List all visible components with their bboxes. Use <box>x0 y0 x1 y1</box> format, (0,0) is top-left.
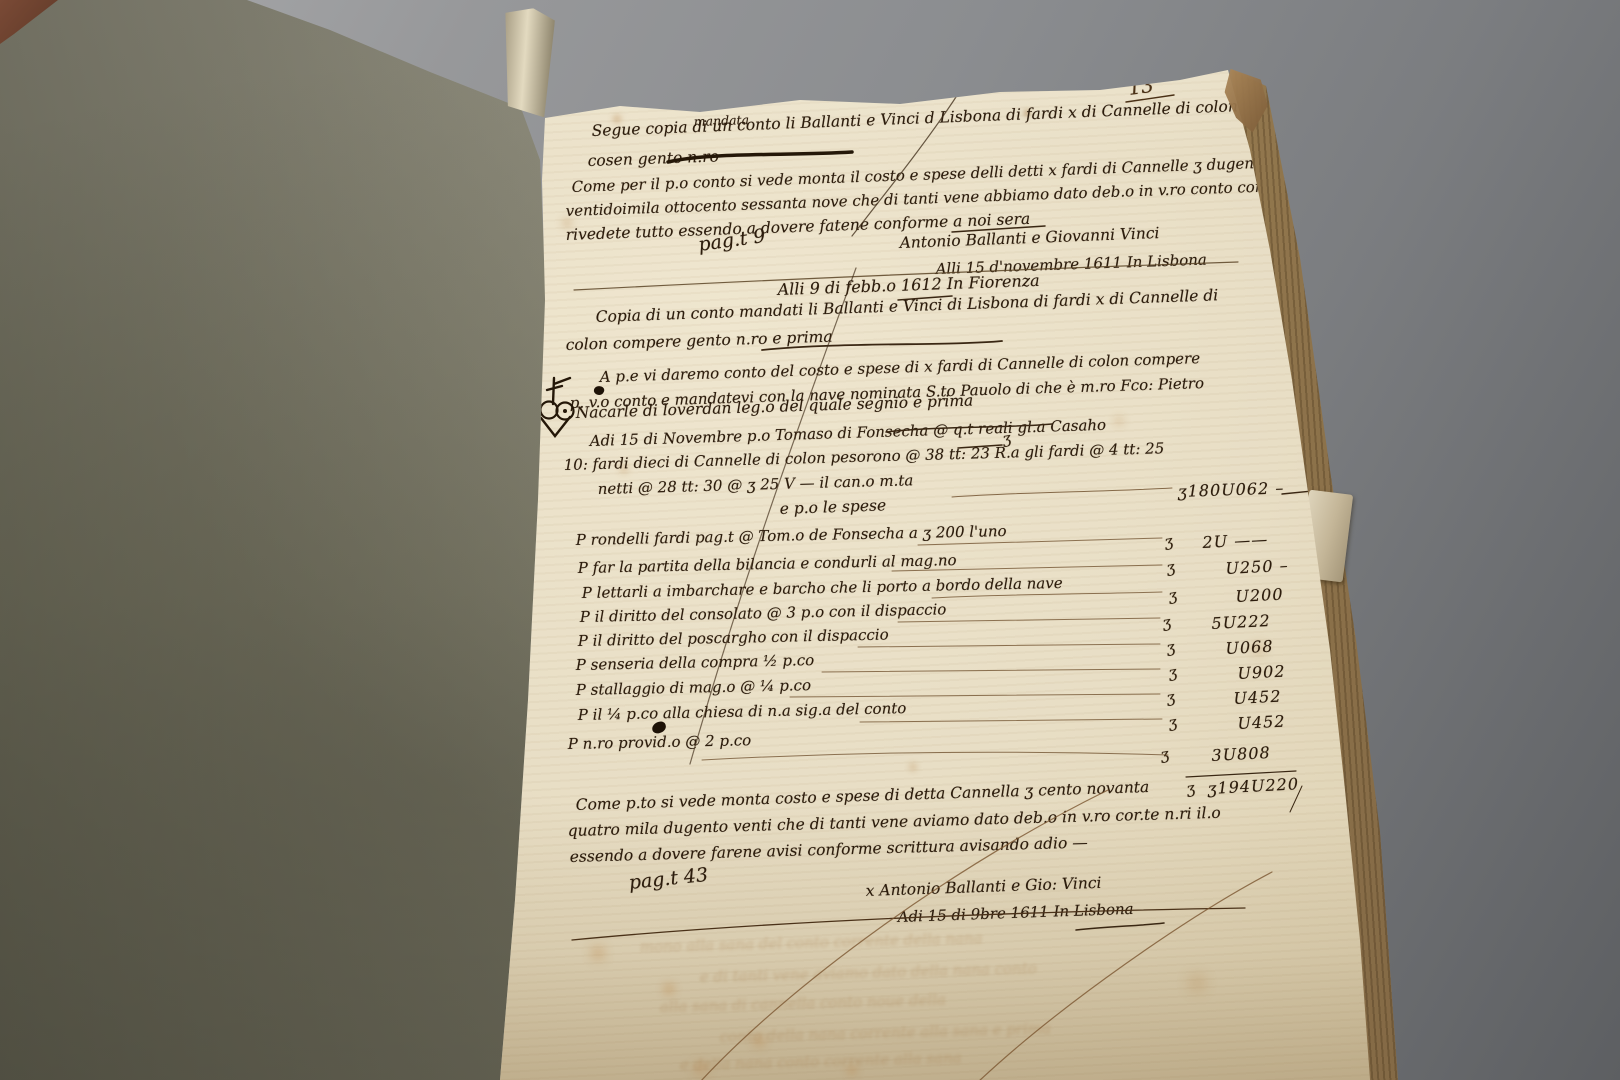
manuscript-line: colon compere gento n.ro e prima <box>565 328 832 354</box>
leader-line <box>1282 491 1312 494</box>
ledger-row-amount: U068 <box>1225 637 1274 658</box>
tick-mark-icon: ʒ <box>1167 663 1178 682</box>
expenses-total: ʒ194U220 <box>1207 774 1299 798</box>
ledger-row-amount: U452 <box>1237 712 1286 733</box>
tick-mark-icon: ʒ <box>1159 745 1170 764</box>
ledger-row-desc: P il diritto del consolato @ 3 p.o con i… <box>580 600 947 626</box>
leader-line <box>702 752 1168 760</box>
purchase-amount: ʒ180U062 – <box>1177 478 1284 501</box>
leader-line <box>860 719 1162 722</box>
tick-mark-icon: ʒ <box>1165 688 1176 707</box>
leader-line <box>822 669 1160 672</box>
tick-mark-icon: ʒ <box>1163 532 1174 551</box>
ledger-row-amount: 3U808 <box>1211 743 1271 765</box>
leader-line <box>790 694 1160 697</box>
ledger-row-amount: U250 – <box>1225 556 1289 578</box>
show-through-text: conto della nana corrente alla sana e pr… <box>720 1019 1052 1046</box>
signature-underline <box>1076 923 1164 930</box>
leader-line <box>952 488 1172 497</box>
paraph-mark: pag.t 43 <box>628 864 709 894</box>
leader-line <box>898 618 1160 622</box>
tick-mark-icon: ʒ <box>1167 586 1178 605</box>
tick-mark-icon: ʒ <box>1161 613 1172 632</box>
ledger-row-amount: U452 <box>1233 687 1282 708</box>
ledger-row-desc: P far la partita della bilancia e condur… <box>578 551 957 577</box>
purchase-line: netti @ 28 tt: 30 @ ʒ 25 V — il can.o m.… <box>597 471 913 498</box>
signature-date: Adi 15 di 9bre 1611 In Lisbona <box>897 900 1133 926</box>
show-through-text: alla sana di cannella conto noue della <box>660 991 947 1016</box>
ledger-row-desc: P rondelli fardi pag.t @ Tom.o de Fonsec… <box>576 522 1007 549</box>
leader-line <box>858 644 1160 647</box>
show-through-text: mono alla sana del conto corrente della … <box>640 929 983 956</box>
tick-mark-icon: ʒ <box>1165 638 1176 657</box>
ledger-row-desc: P lettarli a imbarchare e barcho che li … <box>582 574 1063 602</box>
ledger-row-desc: P il ¼ p.co alla chiesa di n.a sig.a del… <box>578 699 907 724</box>
closing-line: essendo a dovere farene avisi conforme s… <box>569 834 1088 866</box>
show-through-text: e della nana conto corrente alla sana <box>680 1049 962 1074</box>
manuscript-photo: 13 Fir.ta N.o 8 C xj — mandata Segue cop… <box>0 0 1620 1080</box>
ledger-row-desc: P n.ro provid.o @ 2 p.co <box>568 731 752 753</box>
merchant-mark-icon <box>541 378 574 436</box>
ledger-row-desc: P stallaggio di mag.o @ ¼ p.co <box>576 676 812 699</box>
ledger-row-desc: P senseria della compra ½ p.co <box>576 651 815 674</box>
tick-mark-icon: ʒ <box>1165 558 1176 577</box>
expenses-header: e p.o le spese <box>779 496 886 518</box>
ledger-row-amount: U902 <box>1237 662 1286 683</box>
ledger-row-amount: 2U —— <box>1202 530 1269 552</box>
tick-mark-icon: ʒ <box>1185 779 1196 798</box>
ledger-row-desc: P il diritto del poscargho con il dispac… <box>578 625 889 650</box>
ledger-row-amount: 5U222 <box>1211 611 1271 633</box>
show-through-text: e di tanti vene aviamo dato della nana c… <box>700 959 1038 986</box>
tick-mark-icon: ʒ <box>1167 713 1178 732</box>
manuscript-line: cosen gento n.ro <box>587 147 719 170</box>
signature-line: x Antonio Ballanti e Gio: Vinci <box>865 874 1101 900</box>
ledger-row-amount: U200 <box>1235 585 1284 606</box>
